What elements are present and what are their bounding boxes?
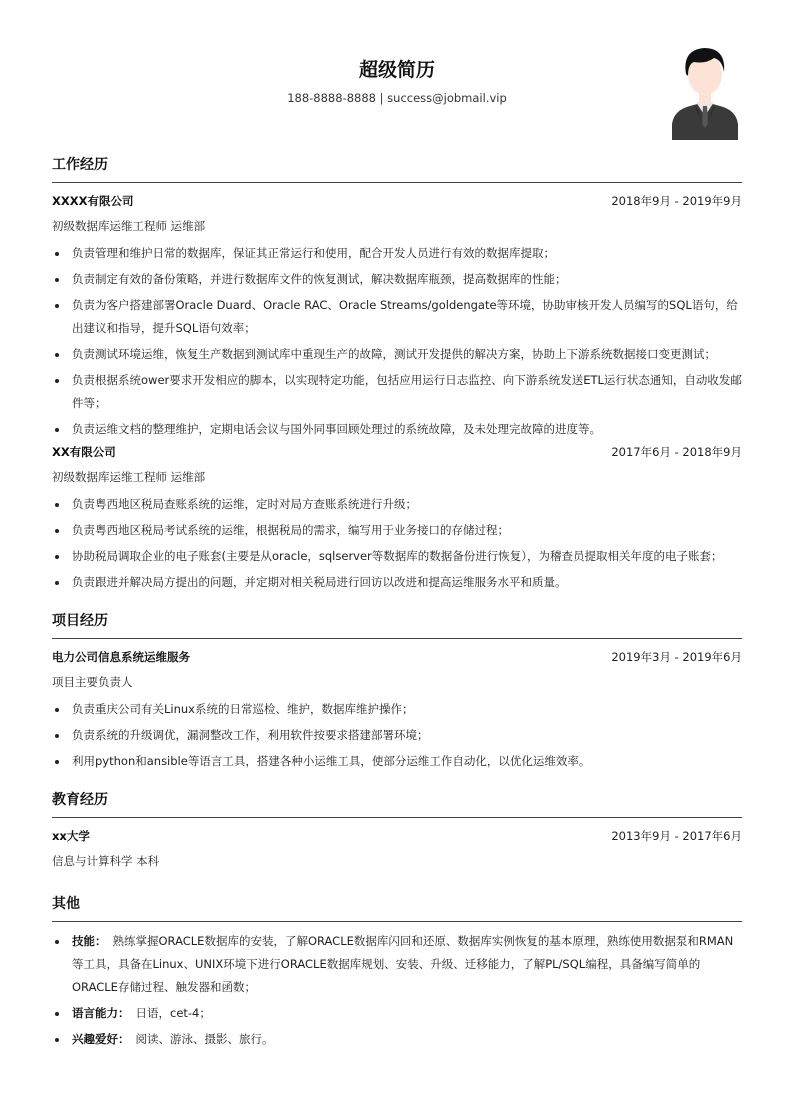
education-entry: xx大学 2013年9月 - 2017年6月 信息与计算科学 本科 <box>52 828 742 869</box>
item-label: 兴趣爱好： <box>72 1032 130 1046</box>
entry-date: 2019年3月 - 2019年6月 <box>611 649 742 665</box>
bullet-list: 负责重庆公司有关Linux系统的日常巡检、维护，数据库维护操作； 负责系统的升级… <box>52 698 742 773</box>
section-title: 项目经历 <box>52 610 742 639</box>
list-item: 负责运维文档的整理维护，定期电话会议与国外同事回顾处理过的系统故障，及未处理完故… <box>52 418 742 441</box>
entry-date: 2013年9月 - 2017年6月 <box>611 828 742 844</box>
item-label: 语言能力： <box>72 1006 130 1020</box>
item-text: 熟练掌握ORACLE数据库的安装，了解ORACLE数据库闪回和还原、数据库实例恢… <box>72 934 733 994</box>
list-item: 协助税局调取企业的电子账套(主要是从oracle，sqlserver等数据库的数… <box>52 545 742 568</box>
job-role: 初级数据库运维工程师 运维部 <box>52 218 742 234</box>
resume-page: 超级简历 188-8888-8888 | success@jobmail.vip <box>0 0 794 1107</box>
work-entry: XXXX有限公司 2018年9月 - 2019年9月 初级数据库运维工程师 运维… <box>52 193 742 441</box>
entry-date: 2018年9月 - 2019年9月 <box>611 193 742 209</box>
list-item: 负责系统的升级调优，漏洞整改工作，利用软件按要求搭建部署环境； <box>52 724 742 747</box>
bullet-list: 技能：熟练掌握ORACLE数据库的安装，了解ORACLE数据库闪回和还原、数据库… <box>52 930 742 1051</box>
item-text: 日语，cet-4； <box>136 1006 211 1020</box>
project-role: 项目主要负责人 <box>52 674 742 690</box>
section-title: 教育经历 <box>52 789 742 818</box>
company-name: XXXX有限公司 <box>52 193 133 209</box>
work-entry: XX有限公司 2017年6月 - 2018年9月 初级数据库运维工程师 运维部 … <box>52 444 742 594</box>
list-item: 负责测试环境运维，恢复生产数据到测试库中重现生产的故障，测试开发提供的解决方案，… <box>52 343 742 366</box>
school-name: xx大学 <box>52 828 90 844</box>
list-item: 负责管理和维护日常的数据库，保证其正常运行和使用，配合开发人员进行有效的数据库提… <box>52 242 742 265</box>
list-item: 负责重庆公司有关Linux系统的日常巡检、维护，数据库维护操作； <box>52 698 742 721</box>
section-title: 其他 <box>52 893 742 922</box>
contact-info: 188-8888-8888 | success@jobmail.vip <box>52 91 742 105</box>
company-name: XX有限公司 <box>52 444 116 460</box>
entry-date: 2017年6月 - 2018年9月 <box>611 444 742 460</box>
item-text: 阅读、游泳、摄影、旅行。 <box>136 1032 274 1046</box>
bullet-list: 负责管理和维护日常的数据库，保证其正常运行和使用，配合开发人员进行有效的数据库提… <box>52 242 742 441</box>
section-title: 工作经历 <box>52 154 742 183</box>
education-section: 教育经历 xx大学 2013年9月 - 2017年6月 信息与计算科学 本科 <box>52 789 742 869</box>
job-role: 初级数据库运维工程师 运维部 <box>52 469 742 485</box>
bullet-list: 负责粤西地区税局查账系统的运维，定时对局方查账系统进行升级； 负责粤西地区税局考… <box>52 493 742 594</box>
list-item: 负责制定有效的备份策略，并进行数据库文件的恢复测试，解决数据库瓶颈，提高数据库的… <box>52 268 742 291</box>
list-item: 负责粤西地区税局查账系统的运维，定时对局方查账系统进行升级； <box>52 493 742 516</box>
list-item: 负责根据系统ower要求开发相应的脚本，以实现特定功能，包括应用运行日志监控、向… <box>52 369 742 415</box>
project-name: 电力公司信息系统运维服务 <box>52 649 190 665</box>
other-section: 其他 技能：熟练掌握ORACLE数据库的安装，了解ORACLE数据库闪回和还原、… <box>52 893 742 1051</box>
hobbies-item: 兴趣爱好：阅读、游泳、摄影、旅行。 <box>52 1028 742 1051</box>
major-degree: 信息与计算科学 本科 <box>52 853 742 869</box>
list-item: 负责粤西地区税局考试系统的运维，根据税局的需求，编写用于业务接口的存储过程； <box>52 519 742 542</box>
list-item: 负责为客户搭建部署Oracle Duard、Oracle RAC、Oracle … <box>52 294 742 340</box>
candidate-name: 超级简历 <box>52 55 742 82</box>
person-avatar-icon <box>670 44 740 140</box>
resume-header: 超级简历 188-8888-8888 | success@jobmail.vip <box>52 0 742 150</box>
project-entry: 电力公司信息系统运维服务 2019年3月 - 2019年6月 项目主要负责人 负… <box>52 649 742 773</box>
project-experience-section: 项目经历 电力公司信息系统运维服务 2019年3月 - 2019年6月 项目主要… <box>52 610 742 773</box>
item-label: 技能： <box>72 934 107 948</box>
work-experience-section: 工作经历 XXXX有限公司 2018年9月 - 2019年9月 初级数据库运维工… <box>52 154 742 594</box>
language-item: 语言能力：日语，cet-4； <box>52 1002 742 1025</box>
list-item: 负责跟进并解决局方提出的问题，并定期对相关税局进行回访以改进和提高运维服务水平和… <box>52 571 742 594</box>
list-item: 利用python和ansible等语言工具，搭建各种小运维工具，使部分运维工作自… <box>52 750 742 773</box>
skills-item: 技能：熟练掌握ORACLE数据库的安装，了解ORACLE数据库闪回和还原、数据库… <box>52 930 742 999</box>
